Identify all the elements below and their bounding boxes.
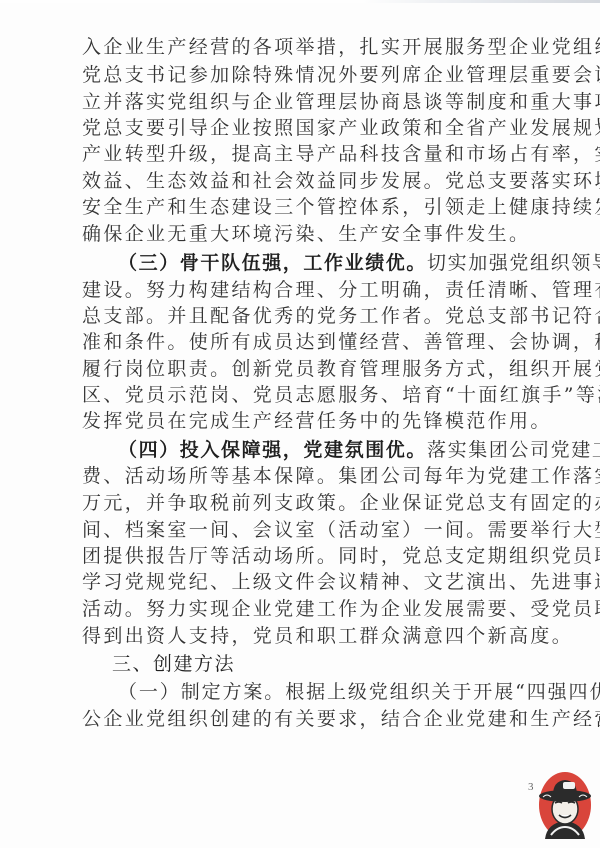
section-4-title: （四）投入保障强，党建氛围优。 <box>118 439 427 461</box>
text-line: 费、活动场所等基本保障。集团公司每年为党建工作落实经费 10 <box>82 463 542 489</box>
scan-artifact <box>0 0 600 3</box>
text-line: 间、档案室一间、会议室（活动室）一间。需要举行大型活动，集 <box>82 517 542 543</box>
text-line: 入企业生产经营的各项举措，扎实开展服务型企业党组织建设。 <box>82 34 542 60</box>
text-line: 公企业党组织创建的有关要求，结合企业党建和生产经营实际， <box>82 706 542 732</box>
text-line: 区、党员示范岗、党员志愿服务、培育“十面红旗手”等活动， <box>82 382 542 408</box>
text-line: 建设。努力构建结构合理、分工明确，责任清晰、管理有效的党 <box>82 277 542 303</box>
document-page: 入企业生产经营的各项举措，扎实开展服务型企业党组织建设。 党总支书记参加除特殊情… <box>0 0 600 848</box>
text-line: 得到出资人支持，党员和职工群众满意四个新高度。 <box>82 623 542 649</box>
text-line: 产业转型升级，提高主导产品科技含量和市场占有率，实现经济 <box>82 141 542 167</box>
text-line: 党总支要引导企业按照国家产业政策和全省产业发展规划，推动 <box>82 115 542 141</box>
text-line: 立并落实党组织与企业管理层协商恳谈等制度和重大事项决策。 <box>82 89 542 115</box>
text-line: 活动。努力实现企业党建工作为企业发展需要、受党员职工欢迎、 <box>82 596 542 622</box>
text-line: 学习党规党纪、上级文件会议精神、文艺演出、先进事迹报告等 <box>82 569 542 595</box>
method-1-lead: （一）制定方案。根据上级党组织关于开展“四强四优”非 <box>118 679 578 705</box>
text-line: 安全生产和生态建设三个管控体系，引领走上健康持续发展轨道， <box>82 194 542 220</box>
text-line: 党总支书记参加除特殊情况外要列席企业管理层重要会议，要建 <box>82 62 542 88</box>
section-3-lead: （三）骨干队伍强，工作业绩优。切实加强党组织领导班子 <box>118 250 578 276</box>
text-line: 效益、生态效益和社会效益同步发展。党总支要落实环境保护、 <box>82 168 542 194</box>
section-3-lead-text: 切实加强党组织领导班子 <box>427 252 600 274</box>
text-line: 确保企业无重大环境污染、生产安全事件发生。 <box>82 221 542 247</box>
section-heading: 三、创建方法 <box>112 651 235 677</box>
text-line: 总支部。并且配备优秀的党务工作者。党总支部书记符合选任标 <box>82 303 542 329</box>
text-line: 万元，并争取税前列支政策。企业保证党总支有固定的办公室三 <box>82 490 542 516</box>
page-number: 3 <box>528 781 534 793</box>
text-line: 履行岗位职责。创新党员教育管理服务方式，组织开展党员责任 <box>82 356 542 382</box>
section-4-lead-text: 落实集团公司党建工作经 <box>427 439 600 461</box>
text-line: 准和条件。使所有成员达到懂经营、善管理、会协调，积极认真 <box>82 329 542 355</box>
section-4-lead: （四）投入保障强，党建氛围优。落实集团公司党建工作经 <box>118 437 578 463</box>
section-3-title: （三）骨干队伍强，工作业绩优。 <box>118 252 427 274</box>
avatar-logo-icon <box>537 767 593 839</box>
text-line: 团提供报告厅等活动场所。同时，党总支定期组织党员职工开展 <box>82 543 542 569</box>
text-line: 发挥党员在完成生产经营任务中的先锋模范作用。 <box>82 408 542 434</box>
